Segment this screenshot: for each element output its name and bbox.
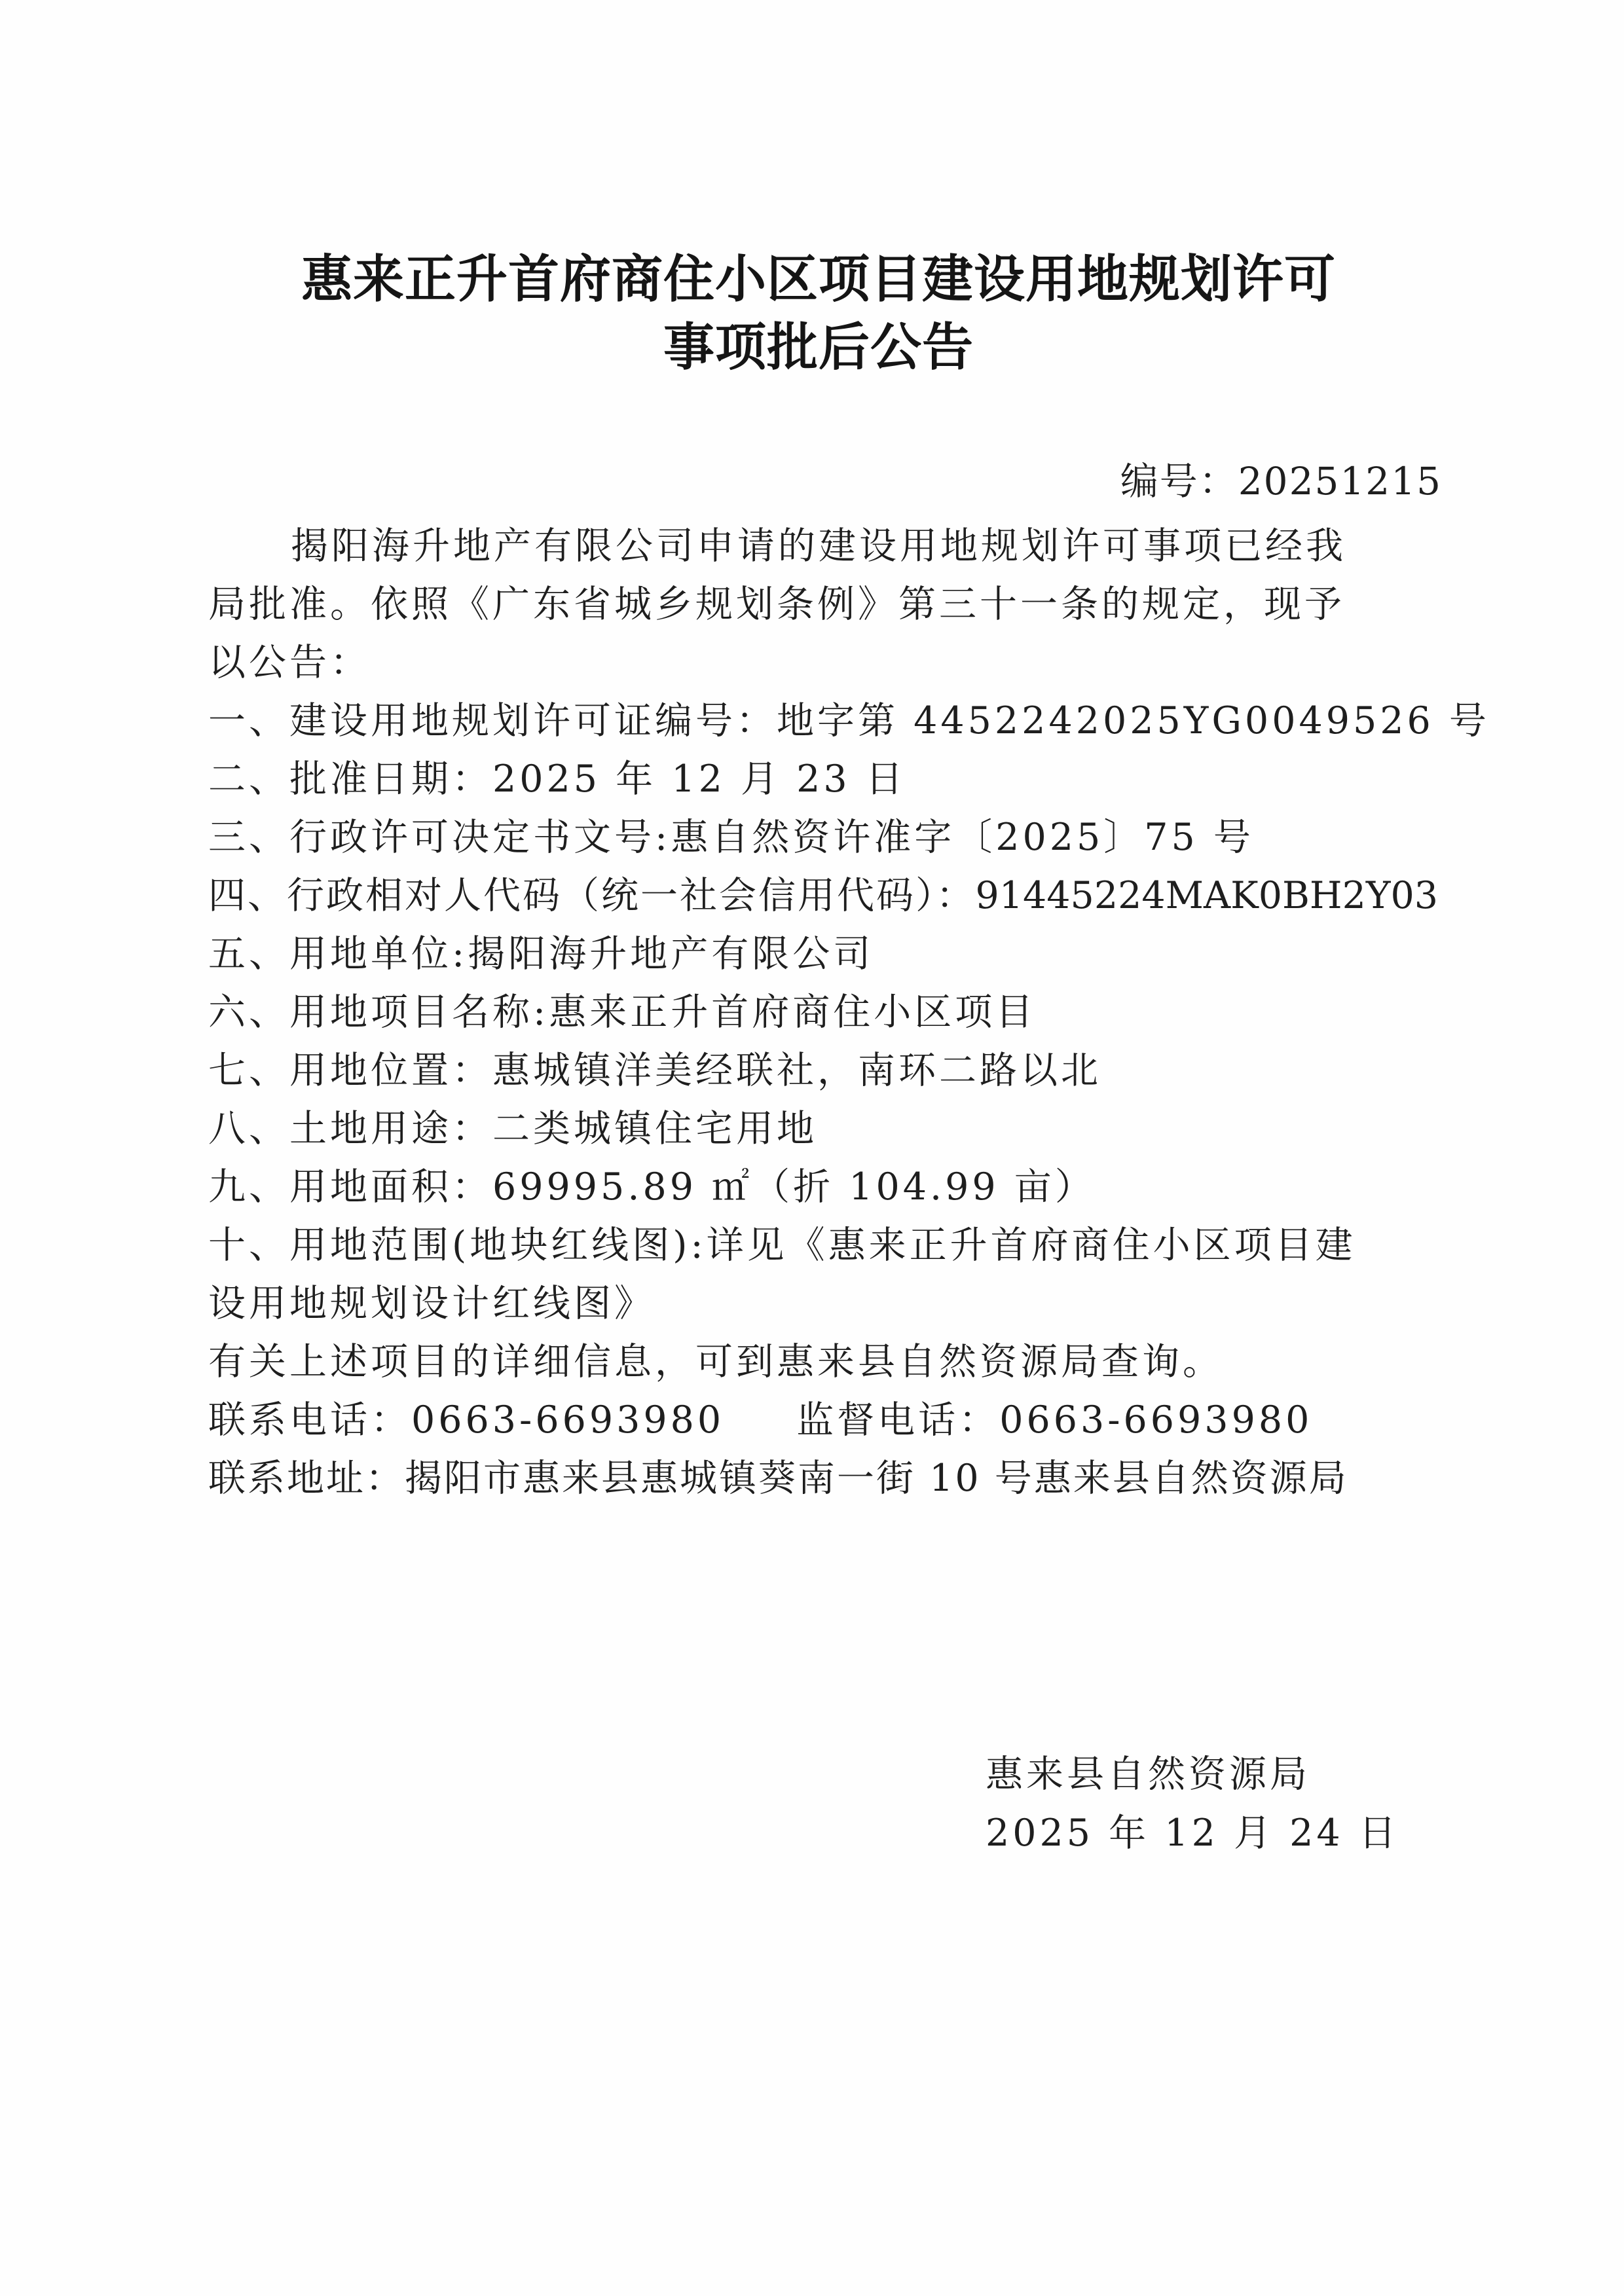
item-value: 二类城镇住宅用地 [492, 1107, 817, 1150]
intro-line-2: 局批准。依照《广东省城乡规划条例》第三十一条的规定，现予 [208, 575, 1449, 634]
contact-phones: 联系电话：0663-6693980监督电话：0663-6693980 [208, 1391, 1449, 1449]
document-number-value: 20251215 [1238, 459, 1442, 503]
item-land-location: 七、用地位置：惠城镇洋美经联社，南环二路以北 [208, 1042, 1449, 1100]
item-value: 设用地规划设计红线图》 [208, 1282, 655, 1325]
item-value: 2025 年 12 月 23 日 [492, 757, 906, 801]
signature-block: 惠来县自然资源局 2025 年 12 月 24 日 [986, 1745, 1399, 1863]
contact-address-label: 联系地址： [208, 1457, 405, 1500]
item-value: 地字第 4452242025YG0049526 号 [777, 699, 1490, 742]
item-value: 惠来正升首府商住小区项目 [549, 991, 1036, 1034]
title-line-1: 惠来正升首府商住小区项目建设用地规划许可 [196, 246, 1441, 314]
item-value: 详见《惠来正升首府商住小区项目建 [707, 1224, 1356, 1267]
title-line-2: 事项批后公告 [196, 314, 1441, 382]
document-body: 揭阳海升地产有限公司申请的建设用地规划许可事项已经我 局批准。依照《广东省城乡规… [208, 517, 1449, 1508]
item-label: 八、土地用途： [208, 1107, 492, 1150]
supervision-phone-label: 监督电话： [796, 1398, 999, 1442]
item-value: 69995.89 ㎡（折 104.99 亩） [492, 1165, 1096, 1209]
item-land-user: 五、用地单位:揭阳海升地产有限公司 [208, 925, 1449, 983]
supervision-phone-value: 0663-6693980 [999, 1398, 1312, 1442]
issue-date: 2025 年 12 月 24 日 [986, 1804, 1399, 1863]
item-decision-doc-number: 三、行政许可决定书文号:惠自然资许准字〔2025〕75 号 [208, 809, 1449, 867]
item-value: 91445224MAK0BH2Y03 [976, 874, 1439, 917]
item-label: 十、用地范围(地块红线图): [208, 1224, 707, 1267]
item-label: 九、用地面积： [208, 1165, 492, 1209]
item-label: 二、批准日期： [208, 757, 492, 801]
item-label: 五、用地单位: [208, 932, 468, 975]
document-page: 惠来正升首府商住小区项目建设用地规划许可 事项批后公告 编号：20251215 … [0, 0, 1624, 2296]
document-number-label: 编号： [1120, 459, 1238, 503]
item-credit-code: 四、行政相对人代码（统一社会信用代码）：91445224MAK0BH2Y03 [208, 867, 1449, 925]
item-land-area: 九、用地面积：69995.89 ㎡（折 104.99 亩） [208, 1158, 1449, 1216]
intro-line-1: 揭阳海升地产有限公司申请的建设用地规划许可事项已经我 [208, 517, 1449, 575]
item-value: 惠自然资许准字〔2025〕75 号 [671, 816, 1254, 859]
item-label: 七、用地位置： [208, 1049, 492, 1092]
contact-address-value: 揭阳市惠来县惠城镇葵南一街 10 号惠来县自然资源局 [405, 1457, 1348, 1500]
item-label: 三、行政许可决定书文号: [208, 816, 671, 859]
issuer-name: 惠来县自然资源局 [986, 1745, 1399, 1804]
item-land-scope-continued: 设用地规划设计红线图》 [208, 1275, 1449, 1333]
contact-phone-value: 0663-6693980 [411, 1398, 724, 1442]
item-value: 惠城镇洋美经联社，南环二路以北 [492, 1049, 1101, 1092]
item-project-name: 六、用地项目名称:惠来正升首府商住小区项目 [208, 983, 1449, 1042]
item-land-scope: 十、用地范围(地块红线图):详见《惠来正升首府商住小区项目建 [208, 1216, 1449, 1275]
item-value: 揭阳海升地产有限公司 [468, 932, 874, 975]
item-label: 六、用地项目名称: [208, 991, 549, 1034]
intro-line-3: 以公告： [208, 634, 1449, 692]
item-license-number: 一、建设用地规划许可证编号：地字第 4452242025YG0049526 号 [208, 692, 1449, 750]
document-number: 编号：20251215 [1120, 458, 1442, 504]
item-label: 四、行政相对人代码（统一社会信用代码）： [208, 874, 976, 917]
inquiry-text: 有关上述项目的详细信息，可到惠来县自然资源局查询。 [208, 1333, 1449, 1391]
document-title: 惠来正升首府商住小区项目建设用地规划许可 事项批后公告 [196, 246, 1441, 382]
item-land-use: 八、土地用途：二类城镇住宅用地 [208, 1100, 1449, 1158]
item-label: 一、建设用地规划许可证编号： [208, 699, 777, 742]
contact-phone-label: 联系电话： [208, 1398, 411, 1442]
item-approval-date: 二、批准日期：2025 年 12 月 23 日 [208, 750, 1449, 809]
contact-address: 联系地址：揭阳市惠来县惠城镇葵南一街 10 号惠来县自然资源局 [208, 1449, 1449, 1508]
